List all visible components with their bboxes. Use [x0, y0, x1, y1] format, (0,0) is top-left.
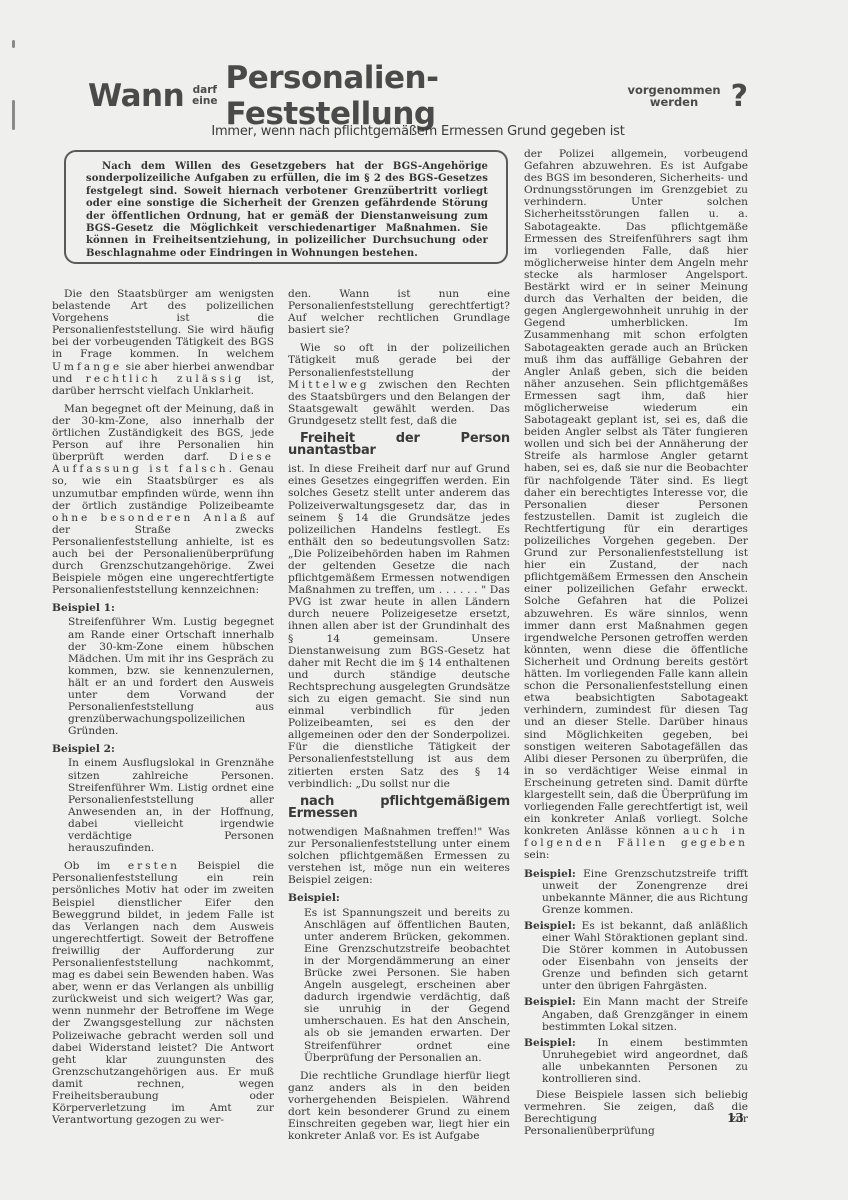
- title-main: Personalien-Feststellung: [225, 60, 609, 132]
- title-stack-right: vorgenommen werden: [627, 84, 720, 108]
- question-mark: ?: [731, 79, 748, 114]
- example-label: Beispiel:: [288, 892, 510, 904]
- example-item: Beispiel: Eine Grenzschutzstreife trifft…: [524, 868, 748, 916]
- paragraph: notwendigen Maßnahmen treffen!" Was zur …: [288, 826, 510, 886]
- example-body: Streifenführer Wm. Lustig begegnet am Ra…: [52, 616, 274, 737]
- title-word-wann: Wann: [88, 78, 184, 114]
- column-3: der Polizei allgemein, vorbeugend Gefahr…: [524, 148, 748, 1144]
- paragraph: ist. In diese Freiheit darf nur auf Grun…: [288, 463, 510, 790]
- intro-box: Nach dem Willen des Gesetzgebers hat der…: [64, 150, 508, 264]
- title-stack-left: darf eine: [192, 85, 217, 107]
- example-item: Beispiel: Ein Mann macht der Streife Ang…: [524, 996, 748, 1032]
- scan-edge-mark: [12, 40, 15, 48]
- article-title: Wann darf eine Personalien-Feststellung …: [88, 74, 748, 118]
- subheading: nach pflichtgemäßigem Ermessen: [288, 796, 510, 820]
- document-page: Wann darf eine Personalien-Feststellung …: [0, 0, 848, 1200]
- column-1: Die den Staatsbürger am wenigsten belast…: [52, 288, 274, 1132]
- example-body: In einem Ausflugslokal in Grenznähe sitz…: [52, 757, 274, 854]
- paragraph: Ob im ersten Beispiel die Personalienfes…: [52, 860, 274, 1126]
- paragraph: der Polizei allgemein, vorbeugend Gefahr…: [524, 148, 748, 862]
- intro-text: Nach dem Willen des Gesetzgebers hat der…: [86, 161, 488, 260]
- paragraph: Die rechtliche Grundlage hierfür liegt g…: [288, 1070, 510, 1143]
- example-label: Beispiel 2:: [52, 743, 274, 755]
- paragraph: Diese Beispiele lassen sich beliebig ver…: [524, 1089, 748, 1137]
- scan-edge-mark: [12, 100, 15, 130]
- paragraph: den. Wann ist nun eine Personalienfestst…: [288, 288, 510, 336]
- column-2: den. Wann ist nun eine Personalienfestst…: [288, 288, 510, 1148]
- example-label: Beispiel 1:: [52, 602, 274, 614]
- example-item: Beispiel: Es ist bekannt, daß anläßlich …: [524, 920, 748, 993]
- example-item: Beispiel: In einem bestimmten Unruhegebi…: [524, 1037, 748, 1085]
- page-number: 13: [727, 1111, 744, 1125]
- paragraph: Die den Staatsbürger am wenigsten belast…: [52, 288, 274, 397]
- paragraph: Wie so oft in der polizeilichen Tätigkei…: [288, 342, 510, 427]
- example-body: Es ist Spannungszeit und bereits zu Ansc…: [288, 907, 510, 1064]
- paragraph: Man begegnet oft der Meinung, daß in der…: [52, 403, 274, 597]
- subheading: Freiheit der Person unantastbar: [288, 433, 510, 457]
- article-subtitle: Immer, wenn nach pflichtgemäßem Ermessen…: [168, 124, 668, 139]
